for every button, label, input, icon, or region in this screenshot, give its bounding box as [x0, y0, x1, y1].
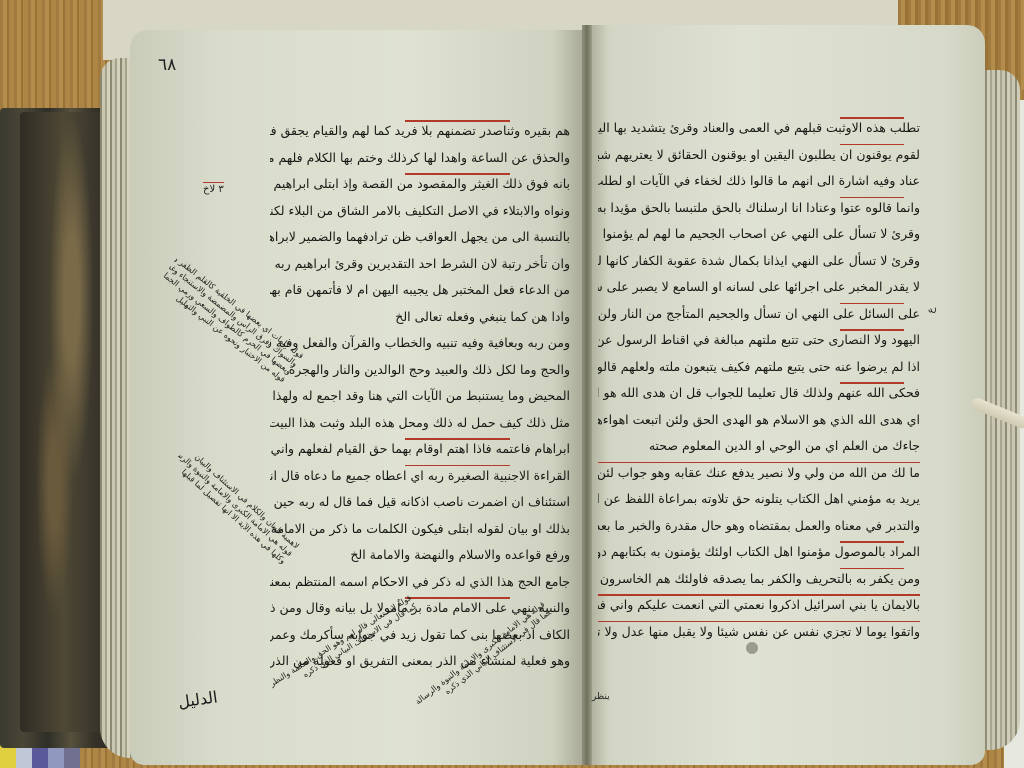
text-line: على السائل على النهي ان تسأل والجحيم الم… — [598, 301, 920, 328]
left-page-text: هم بقيره وثناصدر تضمنهم بلا فريد كما لهم… — [270, 118, 570, 675]
text-line: والتدبر في معناه والعمل بمقتضاه وهو حال … — [598, 513, 920, 540]
right-page-text: تطلب هذه الاوثبت قبلهم في العمى والعناد … — [598, 115, 920, 645]
text-line: اي هدى الله الذي هو الاسلام هو الهدى الح… — [598, 407, 920, 434]
text-line: المحيض وما يستنبط من الآيات التي هنا وقد… — [270, 383, 570, 410]
text-line: بذلك او بيان لقوله ابتلى فيكون الكلمات م… — [270, 516, 570, 543]
text-line: مثل ذلك كيف حمل له ذلك ومحل هذه البلد وث… — [270, 410, 570, 437]
text-line: يريد به مؤمني اهل الكتاب يتلونه حق تلاوت… — [598, 486, 920, 513]
text-line: اليهود ولا النصارى حتى تتبع ملتهم مبالغة… — [598, 327, 920, 354]
text-line: والحذق عن الساعة واهدا لها كرذلك وختم به… — [270, 145, 570, 172]
text-line: والحج وما لكل ذلك والعبيد وحج الوالدين و… — [270, 357, 570, 384]
text-line: من الدعاء فعل المختبر هل يجيبه اليهن ام … — [270, 277, 570, 304]
text-line: القراءة الاجنبية الصغيرة ربه اي اعطاه جم… — [270, 463, 570, 490]
text-line: لا يقدر المخبر على اجرائها على لسانه او … — [598, 274, 920, 301]
book-gutter — [582, 25, 592, 765]
margin-note: ٣ لاخ — [203, 182, 224, 195]
text-line: ومن يكفر به بالتحريف والكفر بما يصدقه فا… — [598, 566, 920, 593]
text-line: هم بقيره وثناصدر تضمنهم بلا فريد كما لهم… — [270, 118, 570, 145]
text-line: واتقوا يوما لا تجزي نفس عن نفس شيئا ولا … — [598, 619, 920, 646]
text-line: جاءك من العلم اي من الوحي او الدين المعل… — [598, 433, 920, 460]
text-line: ورفع قواعده والاسلام والنهضة والامامة ال… — [270, 542, 570, 569]
text-line: ابراهام فاعتمه فاذا اهتم اوقام بهما حق ا… — [270, 436, 570, 463]
margin-note: ع — [925, 308, 936, 314]
catchword: ينظر — [592, 692, 610, 702]
book-cover-leather — [20, 112, 106, 732]
text-line: ونواه والابتلاء في الاصل التكليف بالامر … — [270, 198, 570, 225]
text-line: وادا هن كما ينبغي وفعله تعالى الخ — [270, 304, 570, 331]
text-line: فحكى الله عنهم ولذلك قال تعليما للجواب ق… — [598, 380, 920, 407]
text-line: بالنسبة الى من يجهل العواقب ظن ترادفهما … — [270, 224, 570, 251]
text-line: استئناف ان اضمرت ناصب اذكانه قيل فما قال… — [270, 489, 570, 516]
text-line: بانه فوق ذلك الغيثر والمقصود من القصة وإ… — [270, 171, 570, 198]
text-line: وقرئ لا تسأل على النهي ايذانا بكمال شدة … — [598, 248, 920, 275]
text-line: عناد وفيه اشارة الى انهم ما قالوا ذلك لخ… — [598, 168, 920, 195]
text-line: جامع الحج هذا الذي له ذكر في الاحكام اسم… — [270, 569, 570, 596]
text-line: وقرئ لا تسأل على النهي عن اصحاب الجحيم م… — [598, 221, 920, 248]
text-line: تطلب هذه الاوثبت قبلهم في العمى والعناد … — [598, 115, 920, 142]
ink-stain — [746, 642, 758, 654]
text-line: وانما قالوه عتوا وعنادا انا ارسلناك بالح… — [598, 195, 920, 222]
text-line: لقوم يوقنون ان يطلبون اليقين او يوقنون ا… — [598, 142, 920, 169]
text-line: المراد بالموصول مؤمنوا اهل الكتاب اولئك … — [598, 539, 920, 566]
text-line: اذا لم يرضوا عنه حتى يتبع ملتهم فكيف يتب… — [598, 354, 920, 381]
folio-number: ٦٨ — [158, 55, 176, 75]
text-line: بالايمان يا بني اسرائيل اذكروا نعمتي الت… — [598, 592, 920, 619]
text-line: ما لك من الله من ولي ولا نصير يدفع عنك ع… — [598, 460, 920, 487]
text-line: ومن ربه وبعافية وفيه تنبيه والخطاب والقر… — [270, 330, 570, 357]
text-line: وان تأخر رتبة لان الشرط احد التقديرين وق… — [270, 251, 570, 278]
